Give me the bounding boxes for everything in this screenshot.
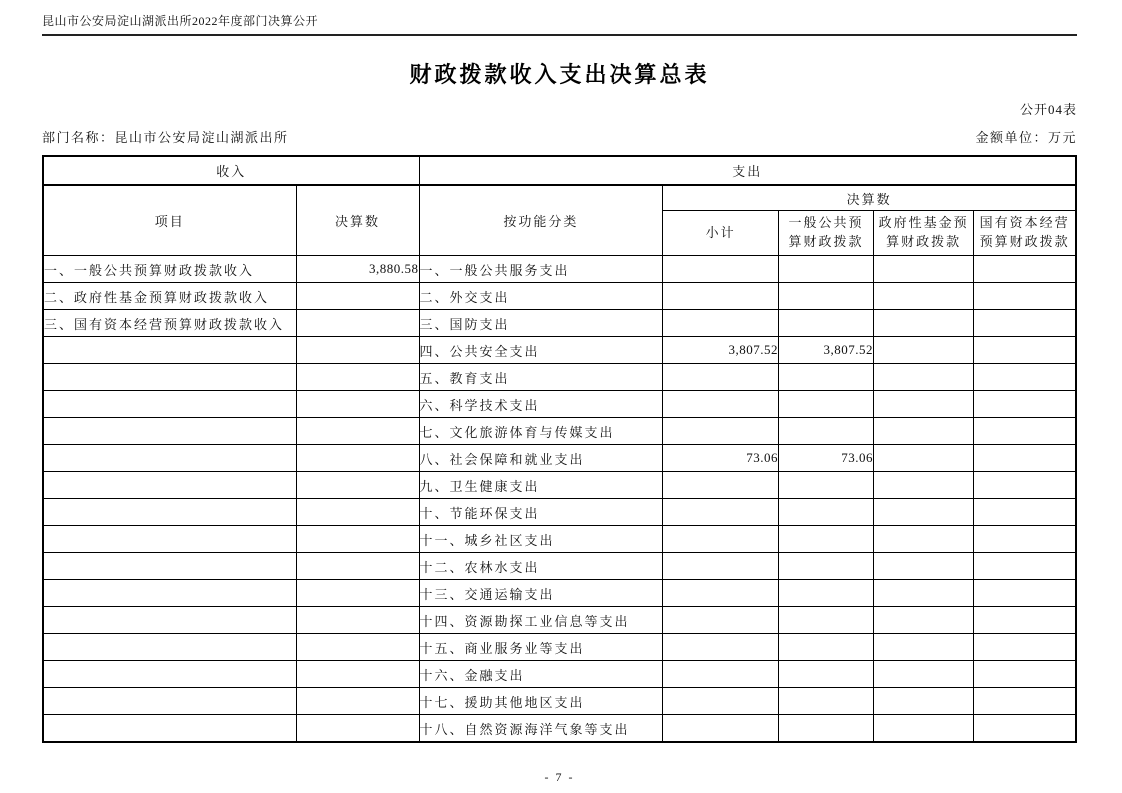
expenditure-final-amount-header: 决算数 xyxy=(663,185,1076,211)
general-public-budget-cell xyxy=(778,661,873,688)
income-item-cell xyxy=(43,634,296,661)
expenditure-item-cell: 十、节能环保支出 xyxy=(419,499,663,526)
table-code-label: 公开04表 xyxy=(42,99,1077,118)
expenditure-section-header: 支出 xyxy=(419,156,1076,185)
gov-fund-budget-cell xyxy=(874,607,974,634)
state-capital-budget-cell xyxy=(974,256,1076,283)
gov-fund-budget-cell xyxy=(874,634,974,661)
subtotal-cell: 3,807.52 xyxy=(663,337,779,364)
general-public-budget-cell xyxy=(778,499,873,526)
state-capital-budget-cell xyxy=(974,364,1076,391)
expenditure-item-cell: 十五、商业服务业等支出 xyxy=(419,634,663,661)
general-public-budget-cell: 73.06 xyxy=(778,445,873,472)
gov-fund-budget-column-header: 政府性基金预 算财政拨款 xyxy=(874,211,974,256)
income-item-cell xyxy=(43,607,296,634)
general-public-budget-cell xyxy=(778,364,873,391)
state-capital-budget-cell xyxy=(974,445,1076,472)
table-row: 十六、金融支出 xyxy=(43,661,1076,688)
table-row: 三、国有资本经营预算财政拨款收入三、国防支出 xyxy=(43,310,1076,337)
table-row: 十一、城乡社区支出 xyxy=(43,526,1076,553)
table-row: 九、卫生健康支出 xyxy=(43,472,1076,499)
subtotal-cell xyxy=(663,607,779,634)
general-public-budget-cell xyxy=(778,391,873,418)
general-public-budget-cell xyxy=(778,634,873,661)
gov-fund-budget-cell xyxy=(874,580,974,607)
column-header-row-1: 项目 决算数 按功能分类 决算数 xyxy=(43,185,1076,211)
income-value-cell xyxy=(296,688,419,715)
gov-fund-budget-cell xyxy=(874,256,974,283)
gov-fund-budget-cell xyxy=(874,553,974,580)
state-capital-budget-cell xyxy=(974,418,1076,445)
income-value-cell xyxy=(296,661,419,688)
income-item-cell xyxy=(43,661,296,688)
gov-fund-budget-cell xyxy=(874,364,974,391)
expenditure-item-cell: 九、卫生健康支出 xyxy=(419,472,663,499)
subtotal-cell xyxy=(663,310,779,337)
state-capital-budget-cell xyxy=(974,634,1076,661)
fiscal-appropriation-table: 收入 支出 项目 决算数 按功能分类 决算数 小计 一般公共预 算财政拨款 政府… xyxy=(42,155,1077,743)
expenditure-item-cell: 十二、农林水支出 xyxy=(419,553,663,580)
table-row: 五、教育支出 xyxy=(43,364,1076,391)
table-row: 二、政府性基金预算财政拨款收入二、外交支出 xyxy=(43,283,1076,310)
expenditure-item-cell: 十一、城乡社区支出 xyxy=(419,526,663,553)
gov-fund-budget-cell xyxy=(874,661,974,688)
gov-fund-budget-cell xyxy=(874,418,974,445)
table-row: 六、科学技术支出 xyxy=(43,391,1076,418)
general-public-budget-cell: 3,807.52 xyxy=(778,337,873,364)
income-item-cell xyxy=(43,688,296,715)
subtotal-cell xyxy=(663,499,779,526)
subtotal-cell xyxy=(663,418,779,445)
income-value-cell xyxy=(296,499,419,526)
income-item-cell xyxy=(43,418,296,445)
table-row: 八、社会保障和就业支出73.0673.06 xyxy=(43,445,1076,472)
subtotal-cell xyxy=(663,283,779,310)
table-row: 一、一般公共预算财政拨款收入3,880.58一、一般公共服务支出 xyxy=(43,256,1076,283)
income-value-cell xyxy=(296,391,419,418)
income-item-cell xyxy=(43,391,296,418)
state-capital-budget-cell xyxy=(974,472,1076,499)
income-section-header: 收入 xyxy=(43,156,419,185)
item-column-header: 项目 xyxy=(43,185,296,256)
income-item-cell: 三、国有资本经营预算财政拨款收入 xyxy=(43,310,296,337)
expenditure-item-cell: 七、文化旅游体育与传媒支出 xyxy=(419,418,663,445)
general-public-budget-cell xyxy=(778,310,873,337)
expenditure-item-cell: 四、公共安全支出 xyxy=(419,337,663,364)
table-head: 收入 支出 项目 决算数 按功能分类 决算数 小计 一般公共预 算财政拨款 政府… xyxy=(43,156,1076,256)
document-header: 昆山市公安局淀山湖派出所2022年度部门决算公开 xyxy=(42,12,1077,36)
state-capital-budget-cell xyxy=(974,553,1076,580)
general-public-budget-cell xyxy=(778,553,873,580)
general-public-budget-cell xyxy=(778,607,873,634)
income-value-cell xyxy=(296,445,419,472)
section-header-row: 收入 支出 xyxy=(43,156,1076,185)
table-meta-row: 部门名称：昆山市公安局淀山湖派出所 金额单位：万元 xyxy=(42,127,1077,146)
income-item-cell xyxy=(43,715,296,743)
gov-fund-budget-cell xyxy=(874,391,974,418)
subtotal-cell xyxy=(663,661,779,688)
state-capital-budget-cell xyxy=(974,310,1076,337)
income-item-cell xyxy=(43,337,296,364)
subtotal-cell xyxy=(663,553,779,580)
subtotal-cell xyxy=(663,472,779,499)
income-value-cell: 3,880.58 xyxy=(296,256,419,283)
document-header-note: 昆山市公安局淀山湖派出所2022年度部门决算公开 xyxy=(42,12,1077,29)
table-row: 十、节能环保支出 xyxy=(43,499,1076,526)
table-row: 七、文化旅游体育与传媒支出 xyxy=(43,418,1076,445)
income-item-cell xyxy=(43,364,296,391)
function-classification-column-header: 按功能分类 xyxy=(419,185,663,256)
income-item-cell xyxy=(43,526,296,553)
table-body: 一、一般公共预算财政拨款收入3,880.58一、一般公共服务支出二、政府性基金预… xyxy=(43,256,1076,743)
subtotal-cell xyxy=(663,688,779,715)
state-capital-budget-cell xyxy=(974,337,1076,364)
expenditure-item-cell: 一、一般公共服务支出 xyxy=(419,256,663,283)
gov-fund-budget-cell xyxy=(874,715,974,743)
table-row: 十五、商业服务业等支出 xyxy=(43,634,1076,661)
subtotal-cell xyxy=(663,715,779,743)
income-value-cell xyxy=(296,715,419,743)
table-row: 四、公共安全支出3,807.523,807.52 xyxy=(43,337,1076,364)
expenditure-item-cell: 十七、援助其他地区支出 xyxy=(419,688,663,715)
document-page: 昆山市公安局淀山湖派出所2022年度部门决算公开 财政拨款收入支出决算总表 公开… xyxy=(0,0,1122,793)
department-name-label: 部门名称：昆山市公安局淀山湖派出所 xyxy=(42,127,289,146)
gov-fund-budget-cell xyxy=(874,445,974,472)
income-item-cell xyxy=(43,553,296,580)
income-value-cell xyxy=(296,607,419,634)
subtotal-cell xyxy=(663,364,779,391)
income-value-cell xyxy=(296,553,419,580)
income-value-cell xyxy=(296,337,419,364)
income-value-cell xyxy=(296,472,419,499)
income-item-cell xyxy=(43,445,296,472)
subtotal-cell: 73.06 xyxy=(663,445,779,472)
expenditure-item-cell: 二、外交支出 xyxy=(419,283,663,310)
state-capital-budget-cell xyxy=(974,715,1076,743)
income-value-cell xyxy=(296,283,419,310)
table-row: 十七、援助其他地区支出 xyxy=(43,688,1076,715)
state-capital-budget-cell xyxy=(974,580,1076,607)
page-title: 财政拨款收入支出决算总表 xyxy=(42,58,1077,89)
subtotal-column-header: 小计 xyxy=(663,211,779,256)
expenditure-item-cell: 十八、自然资源海洋气象等支出 xyxy=(419,715,663,743)
general-public-budget-cell xyxy=(778,256,873,283)
income-value-cell xyxy=(296,634,419,661)
expenditure-item-cell: 六、科学技术支出 xyxy=(419,391,663,418)
income-value-cell xyxy=(296,364,419,391)
subtotal-cell xyxy=(663,391,779,418)
state-capital-budget-cell xyxy=(974,607,1076,634)
income-value-cell xyxy=(296,310,419,337)
general-public-budget-cell xyxy=(778,580,873,607)
subtotal-cell xyxy=(663,526,779,553)
income-item-cell: 一、一般公共预算财政拨款收入 xyxy=(43,256,296,283)
general-public-budget-cell xyxy=(778,715,873,743)
state-capital-budget-cell xyxy=(974,391,1076,418)
income-value-cell xyxy=(296,418,419,445)
expenditure-item-cell: 十三、交通运输支出 xyxy=(419,580,663,607)
table-row: 十八、自然资源海洋气象等支出 xyxy=(43,715,1076,743)
page-number: - 7 - xyxy=(42,770,1077,785)
income-item-cell xyxy=(43,580,296,607)
state-capital-budget-cell xyxy=(974,499,1076,526)
table-row: 十二、农林水支出 xyxy=(43,553,1076,580)
general-public-budget-cell xyxy=(778,526,873,553)
state-capital-budget-cell xyxy=(974,688,1076,715)
state-capital-budget-column-header: 国有资本经营 预算财政拨款 xyxy=(974,211,1076,256)
general-public-budget-cell xyxy=(778,418,873,445)
state-capital-budget-cell xyxy=(974,283,1076,310)
gov-fund-budget-cell xyxy=(874,526,974,553)
subtotal-cell xyxy=(663,580,779,607)
subtotal-cell xyxy=(663,256,779,283)
income-item-cell: 二、政府性基金预算财政拨款收入 xyxy=(43,283,296,310)
subtotal-cell xyxy=(663,634,779,661)
state-capital-budget-cell xyxy=(974,661,1076,688)
income-item-cell xyxy=(43,499,296,526)
gov-fund-budget-cell xyxy=(874,688,974,715)
expenditure-item-cell: 五、教育支出 xyxy=(419,364,663,391)
gov-fund-budget-cell xyxy=(874,499,974,526)
gov-fund-budget-cell xyxy=(874,337,974,364)
general-public-budget-cell xyxy=(778,472,873,499)
gov-fund-budget-cell xyxy=(874,472,974,499)
general-public-budget-cell xyxy=(778,283,873,310)
income-final-amount-column-header: 决算数 xyxy=(296,185,419,256)
general-public-budget-cell xyxy=(778,688,873,715)
gov-fund-budget-cell xyxy=(874,283,974,310)
income-item-cell xyxy=(43,472,296,499)
expenditure-item-cell: 三、国防支出 xyxy=(419,310,663,337)
income-value-cell xyxy=(296,526,419,553)
expenditure-item-cell: 十四、资源勘探工业信息等支出 xyxy=(419,607,663,634)
table-row: 十三、交通运输支出 xyxy=(43,580,1076,607)
expenditure-item-cell: 八、社会保障和就业支出 xyxy=(419,445,663,472)
state-capital-budget-cell xyxy=(974,526,1076,553)
table-row: 十四、资源勘探工业信息等支出 xyxy=(43,607,1076,634)
expenditure-item-cell: 十六、金融支出 xyxy=(419,661,663,688)
gov-fund-budget-cell xyxy=(874,310,974,337)
amount-unit-label: 金额单位：万元 xyxy=(975,127,1077,146)
income-value-cell xyxy=(296,580,419,607)
general-public-budget-column-header: 一般公共预 算财政拨款 xyxy=(778,211,873,256)
